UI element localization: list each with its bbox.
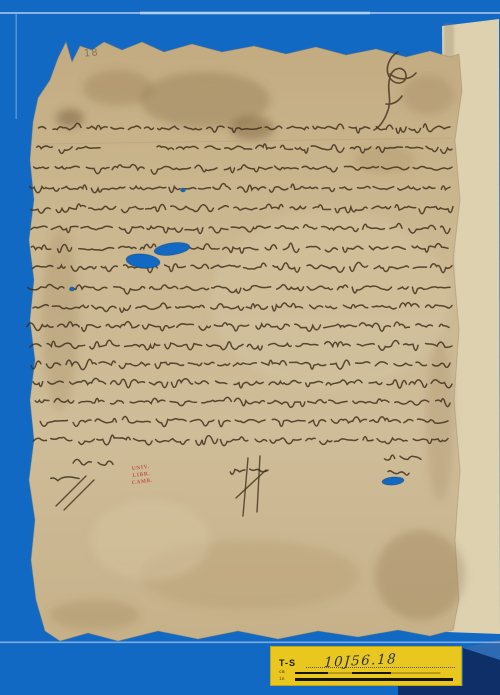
inch-scale-bar — [295, 678, 453, 681]
collection-prefix: T-S — [279, 658, 296, 668]
shelfmark-label: T-S 10J56.18 cm in — [270, 646, 462, 686]
pencil-folio-number: 18 — [84, 47, 100, 59]
photographed-manuscript-page: 18 UNIV. LIBR. CAMB. T-S 10J56.18 cm in — [0, 0, 500, 695]
classmark-dotted-line: 10J56.18 — [306, 649, 455, 668]
shelfmark-row: T-S 10J56.18 — [279, 650, 455, 668]
ruler-row-cm: cm — [279, 671, 455, 676]
manuscript-photo-canvas — [0, 0, 500, 695]
ruler-row-in: in — [279, 678, 455, 683]
label-bottom-shadow — [398, 686, 500, 695]
ruler-in-tag: in — [279, 678, 295, 683]
library-stamp: UNIV. LIBR. CAMB. — [130, 464, 154, 488]
ruler-cm-tag: cm — [279, 671, 295, 676]
paper-hole — [181, 188, 186, 192]
paper-hole — [70, 287, 75, 291]
handwritten-classmark: 10J56.18 — [324, 651, 398, 671]
cm-scale-bar — [295, 672, 445, 675]
